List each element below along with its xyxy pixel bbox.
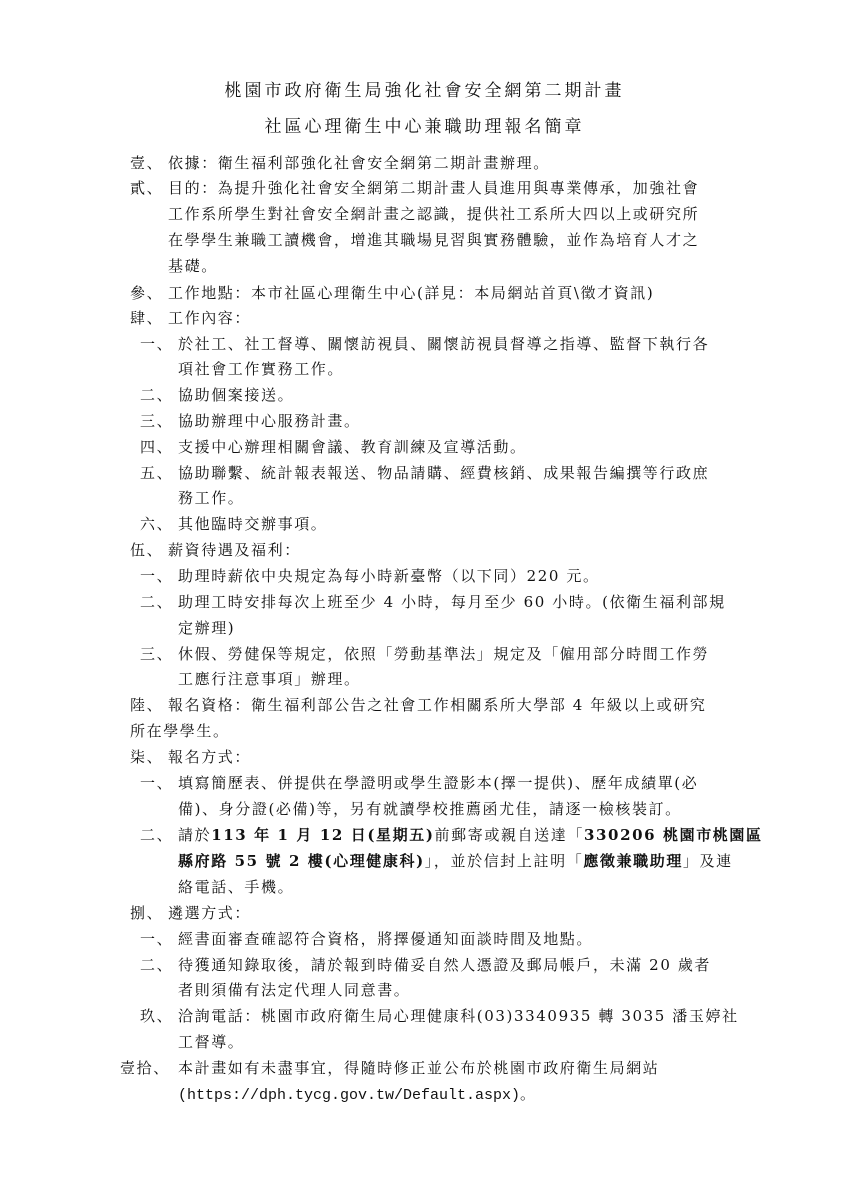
item-text: 工應行注意事項」辦理。 bbox=[178, 668, 361, 689]
item-number: 二、 bbox=[140, 384, 173, 405]
item-text: 者則須備有法定代理人同意書。 bbox=[178, 979, 410, 1000]
section-number: 參、 bbox=[130, 282, 163, 303]
item-number: 一、 bbox=[140, 333, 173, 354]
section-heading: 工作內容： bbox=[168, 307, 251, 328]
text-run: 」，並於信封上註明「 bbox=[425, 852, 584, 870]
item-number: 五、 bbox=[140, 462, 173, 483]
mailing-address-cont: 縣府路 55 號 2 樓(心理健康科) bbox=[178, 852, 425, 870]
section-text: 依據：衛生福利部強化社會安全網第二期計畫辦理。 bbox=[168, 152, 550, 173]
section-heading: 薪資待遇及福利： bbox=[168, 539, 301, 560]
item-text: 項社會工作實務工作。 bbox=[178, 358, 344, 379]
section-number: 壹、 bbox=[130, 152, 163, 173]
item-number: 三、 bbox=[140, 643, 173, 664]
item-text: 支援中心辦理相關會議、教育訓練及宣導活動。 bbox=[178, 436, 527, 457]
section-number: 玖、 bbox=[140, 1005, 173, 1026]
item-number: 三、 bbox=[140, 410, 173, 431]
item-number: 二、 bbox=[140, 591, 173, 612]
section-number: 伍、 bbox=[130, 539, 163, 560]
section-number: 壹拾、 bbox=[120, 1057, 170, 1078]
item-text: 休假、勞健保等規定，依照「勞動基準法」規定及「僱用部分時間工作勞 bbox=[178, 643, 709, 664]
section-text: 工督導。 bbox=[178, 1031, 244, 1052]
envelope-note: 應徵兼職助理 bbox=[583, 852, 683, 870]
deadline-date: 113 年 1 月 12 日 bbox=[211, 826, 367, 844]
section-text: 工作系所學生對社會安全網計畫之認識，提供社工系所大四以上或研究所 bbox=[168, 203, 699, 224]
section-number: 貳、 bbox=[130, 177, 163, 198]
item-text: 務工作。 bbox=[178, 487, 244, 508]
item-text: 其他臨時交辦事項。 bbox=[178, 513, 327, 534]
item-text-deadline: 請於113 年 1 月 12 日(星期五)前郵寄或親自送達「330206 桃園市… bbox=[178, 824, 763, 845]
document-title-line1: 桃園市政府衛生局強化社會安全網第二期計畫 bbox=[0, 76, 849, 101]
item-text: 定辦理) bbox=[178, 617, 235, 638]
section-number: 捌、 bbox=[130, 902, 163, 923]
item-text: 填寫簡歷表、併提供在學證明或學生證影本(擇一提供)、歷年成績單(必 bbox=[178, 772, 698, 793]
item-text: 待獲通知錄取後，請於報到時備妥自然人憑證及郵局帳戶，未滿 20 歲者 bbox=[178, 954, 711, 975]
text-run: 請於 bbox=[178, 826, 211, 844]
section-heading: 報名方式： bbox=[168, 746, 251, 767]
document-title-line2: 社區心理衛生中心兼職助理報名簡章 bbox=[0, 112, 849, 137]
section-text: 本計畫如有未盡事宜，得隨時修正並公布於桃園市政府衛生局網站 bbox=[178, 1057, 659, 1078]
item-number: 一、 bbox=[140, 928, 173, 949]
section-text: 工作地點：本市社區心理衛生中心(詳見：本局網站首頁\徵才資訊) bbox=[168, 282, 654, 303]
item-text: 協助辦理中心服務計畫。 bbox=[178, 410, 361, 431]
section-text: 在學學生兼職工讀機會，增進其職場見習與實務體驗，並作為培育人才之 bbox=[168, 229, 699, 250]
item-text-address: 縣府路 55 號 2 樓(心理健康科)」，並於信封上註明「應徵兼職助理」及連 bbox=[178, 850, 733, 871]
mailing-address: 330206 桃園市桃園區 bbox=[584, 826, 763, 844]
item-text: 於社工、社工督導、關懷訪視員、關懷訪視員督導之指導、監督下執行各 bbox=[178, 333, 709, 354]
website-link[interactable]: (https://dph.tycg.gov.tw/Default.aspx)。 bbox=[178, 1083, 535, 1104]
item-text: 助理時薪依中央規定為每小時新臺幣（以下同）220 元。 bbox=[178, 565, 600, 586]
item-number: 二、 bbox=[140, 954, 173, 975]
item-text: 協助個案接送。 bbox=[178, 384, 294, 405]
section-text: 目的：為提升強化社會安全網第二期計畫人員進用與專業傳承，加強社會 bbox=[168, 177, 699, 198]
item-number: 六、 bbox=[140, 513, 173, 534]
section-number: 肆、 bbox=[130, 307, 163, 328]
item-text: 助理工時安排每次上班至少 4 小時，每月至少 60 小時。(依衛生福利部規 bbox=[178, 591, 726, 612]
item-number: 二、 bbox=[140, 824, 173, 845]
section-text: 基礎。 bbox=[168, 255, 218, 276]
item-number: 一、 bbox=[140, 565, 173, 586]
item-number: 一、 bbox=[140, 772, 173, 793]
section-heading: 遴選方式： bbox=[168, 902, 251, 923]
item-text: 經書面審查確認符合資格，將擇優通知面談時間及地點。 bbox=[178, 928, 593, 949]
section-number: 柒、 bbox=[130, 746, 163, 767]
section-text: 所在學學生。 bbox=[130, 720, 230, 741]
section-text: 報名資格：衛生福利部公告之社會工作相關系所大學部 4 年級以上或研究 bbox=[168, 694, 706, 715]
item-text: 備)、身分證(必備)等，另有就讀學校推薦函尤佳，請逐一檢核裝訂。 bbox=[178, 798, 682, 819]
text-run: 」及連 bbox=[683, 852, 733, 870]
deadline-weekday: (星期五) bbox=[367, 826, 434, 844]
item-number: 四、 bbox=[140, 436, 173, 457]
contact-info: 洽詢電話：桃園市政府衛生局心理健康科(03)3340935 轉 3035 潘玉婷… bbox=[178, 1005, 739, 1026]
text-run: 前郵寄或親自送達「 bbox=[435, 826, 584, 844]
item-text: 協助聯繫、統計報表報送、物品請購、經費核銷、成果報告編撰等行政庶 bbox=[178, 462, 709, 483]
section-number: 陸、 bbox=[130, 694, 163, 715]
item-text: 絡電話、手機。 bbox=[178, 876, 294, 897]
